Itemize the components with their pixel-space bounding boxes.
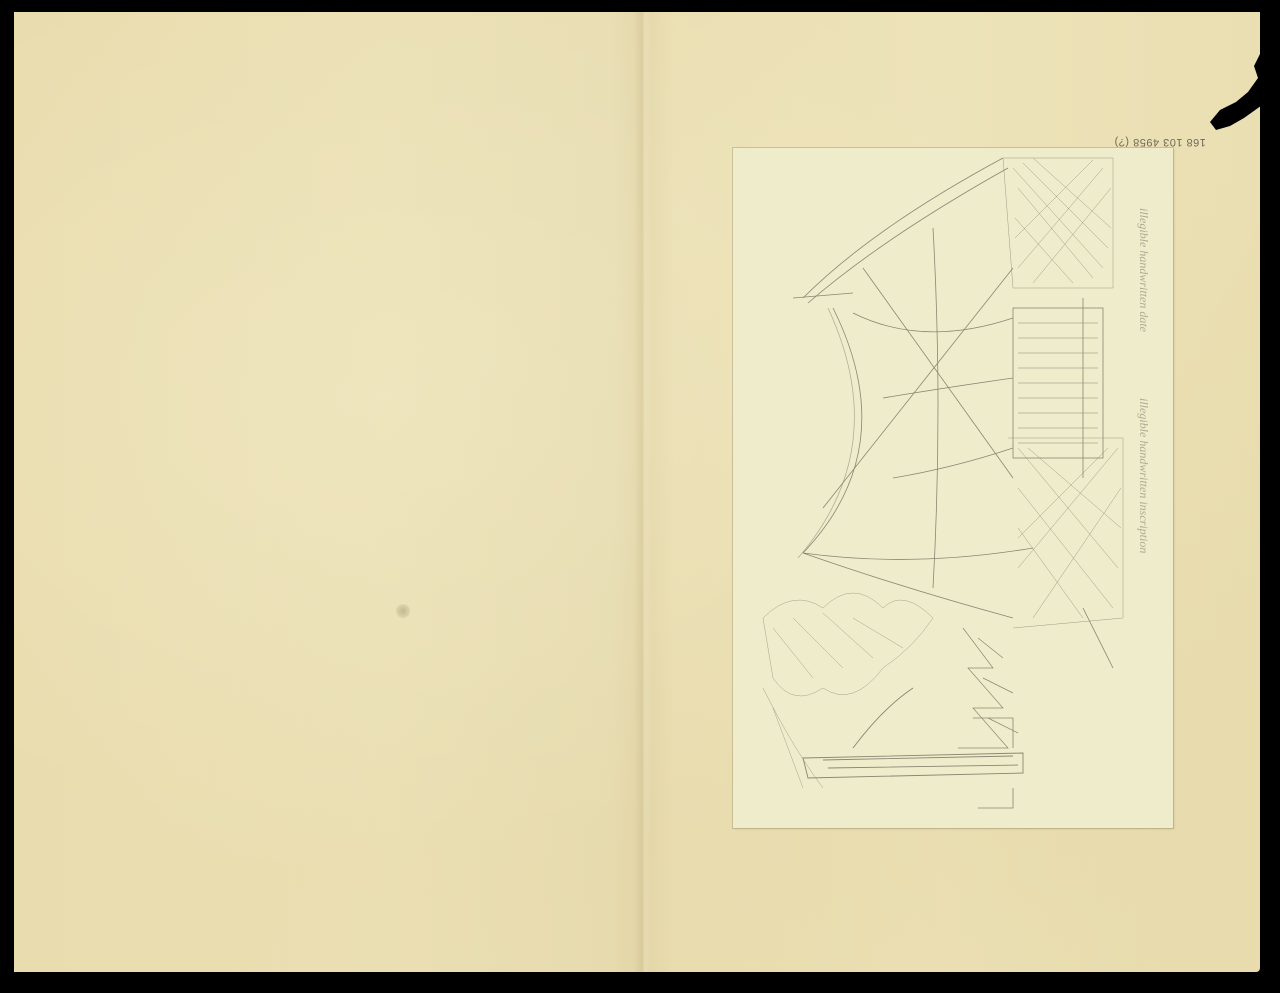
catalog-number: 168 103 4958 (?) — [1080, 136, 1240, 148]
center-fold — [634, 12, 652, 972]
foxing-spot — [396, 604, 410, 618]
pencil-drawing — [733, 148, 1173, 828]
sketch-caption: illegible handwritten inscription — [1136, 398, 1151, 553]
sketch-date: illegible handwritten date — [1136, 208, 1151, 332]
mounted-sketch: illegible handwritten inscription illegi… — [733, 148, 1173, 828]
paper-tear — [1200, 30, 1280, 140]
